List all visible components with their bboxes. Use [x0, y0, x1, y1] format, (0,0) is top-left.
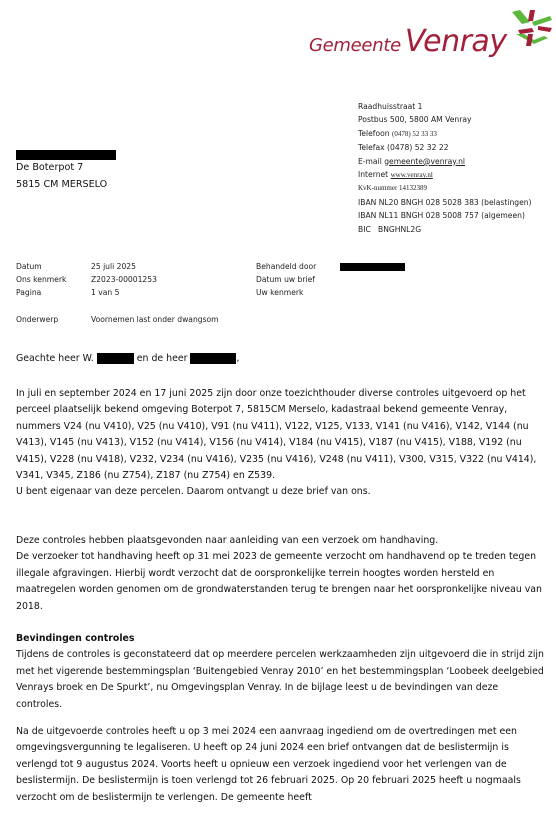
sender-kvk: KvK-nummer 14132389 [358, 182, 532, 195]
section-heading: Bevindingen controles [16, 631, 546, 647]
kenmerk-label: Ons kenmerk [16, 273, 66, 286]
redacted-handler-name [340, 263, 405, 271]
behandeld-door-label: Behandeld door [256, 260, 316, 273]
salutation-comma: , [236, 353, 239, 364]
paragraph-1: In juli en september 2024 en 17 juni 202… [16, 386, 546, 484]
onderwerp-label: Onderwerp [16, 313, 58, 326]
logo-word-venray: Venray [405, 24, 507, 59]
sender-telefoon: Telefoon (0478) 52 33 33 [358, 127, 532, 141]
paragraph-aanvraag: Na de uitgevoerde controles heeft u op 3… [16, 724, 546, 806]
sender-telefax: Telefax (0478) 52 32 22 [358, 141, 532, 154]
telefoon-label: Telefoon [358, 129, 390, 138]
website-link[interactable]: www.venray.nl [391, 171, 433, 179]
pagina-value: 1 van 5 [91, 286, 119, 299]
telefax-label: Telefax [358, 143, 385, 152]
datum-value: 25 juli 2025 [91, 260, 136, 273]
email-label: E-mail [358, 157, 382, 166]
sender-address-block: Raadhuisstraat 1 Postbus 500, 5800 AM Ve… [358, 100, 532, 236]
pagina-label: Pagina [16, 286, 41, 299]
sender-email: E-mail gemeente@venray.nl [358, 155, 532, 168]
sender-iban-belastingen: IBAN NL20 BNGH 028 5028 383 (belastingen… [358, 196, 532, 209]
paragraph-2: Deze controles hebben plaatsgevonden naa… [16, 533, 546, 549]
section-bevindingen: Bevindingen controles Tijdens de control… [16, 631, 546, 713]
internet-label: Internet [358, 170, 388, 179]
logo-word-gemeente: Gemeente [309, 35, 401, 56]
redacted-name-2 [190, 353, 236, 364]
bic-label: BIC [358, 225, 371, 234]
salutation-part-2: en de heer [137, 353, 188, 364]
uw-kenmerk-label: Uw kenmerk [256, 286, 303, 299]
sender-iban-algemeen: IBAN NL11 BNGH 028 5008 757 (algemeen) [358, 209, 532, 222]
paragraph-4: Na de uitgevoerde controles heeft u op 3… [16, 724, 546, 806]
sender-bic: BIC BNGHNL2G [358, 223, 532, 236]
recipient-address: De Boterpot 7 5815 CM MERSELO [16, 148, 116, 193]
paragraph-1b: U bent eigenaar van deze percelen. Daaro… [16, 484, 546, 500]
venray-cross-logo-icon [508, 8, 554, 48]
gemeente-venray-logo: GemeenteVenray [309, 24, 507, 64]
paragraph-verzoek: Deze controles hebben plaatsgevonden naa… [16, 533, 546, 615]
sender-internet: Internet www.venray.nl [358, 168, 532, 182]
salutation: Geachte heer W. en de heer , [16, 351, 546, 367]
paragraph-3: Tijdens de controles is geconstateerd da… [16, 647, 546, 713]
email-link[interactable]: gemeente@venray.nl [384, 157, 465, 166]
redacted-recipient-name [16, 150, 116, 160]
bic-value: BNGHNL2G [378, 225, 421, 234]
kvk-label: KvK-nummer [358, 184, 397, 192]
recipient-city: 5815 CM MERSELO [16, 177, 116, 194]
telefax-value: (0478) 52 32 22 [387, 143, 448, 152]
datum-label: Datum [16, 260, 42, 273]
onderwerp-value: Voornemen last onder dwangsom [91, 313, 219, 326]
kenmerk-value: Z2023-00001253 [91, 273, 157, 286]
sender-postbus: Postbus 500, 5800 AM Venray [358, 113, 532, 126]
datum-uw-brief-label: Datum uw brief [256, 273, 315, 286]
redacted-name-1 [97, 353, 134, 364]
kvk-value: 14132389 [399, 184, 427, 192]
recipient-street: De Boterpot 7 [16, 160, 116, 177]
sender-street: Raadhuisstraat 1 [358, 100, 532, 113]
paragraph-2b: De verzoeker tot handhaving heeft op 31 … [16, 549, 546, 615]
telefoon-value: (0478) 52 33 33 [392, 130, 437, 138]
paragraph-controles: In juli en september 2024 en 17 juni 202… [16, 386, 546, 501]
salutation-part-1: Geachte heer W. [16, 353, 94, 364]
